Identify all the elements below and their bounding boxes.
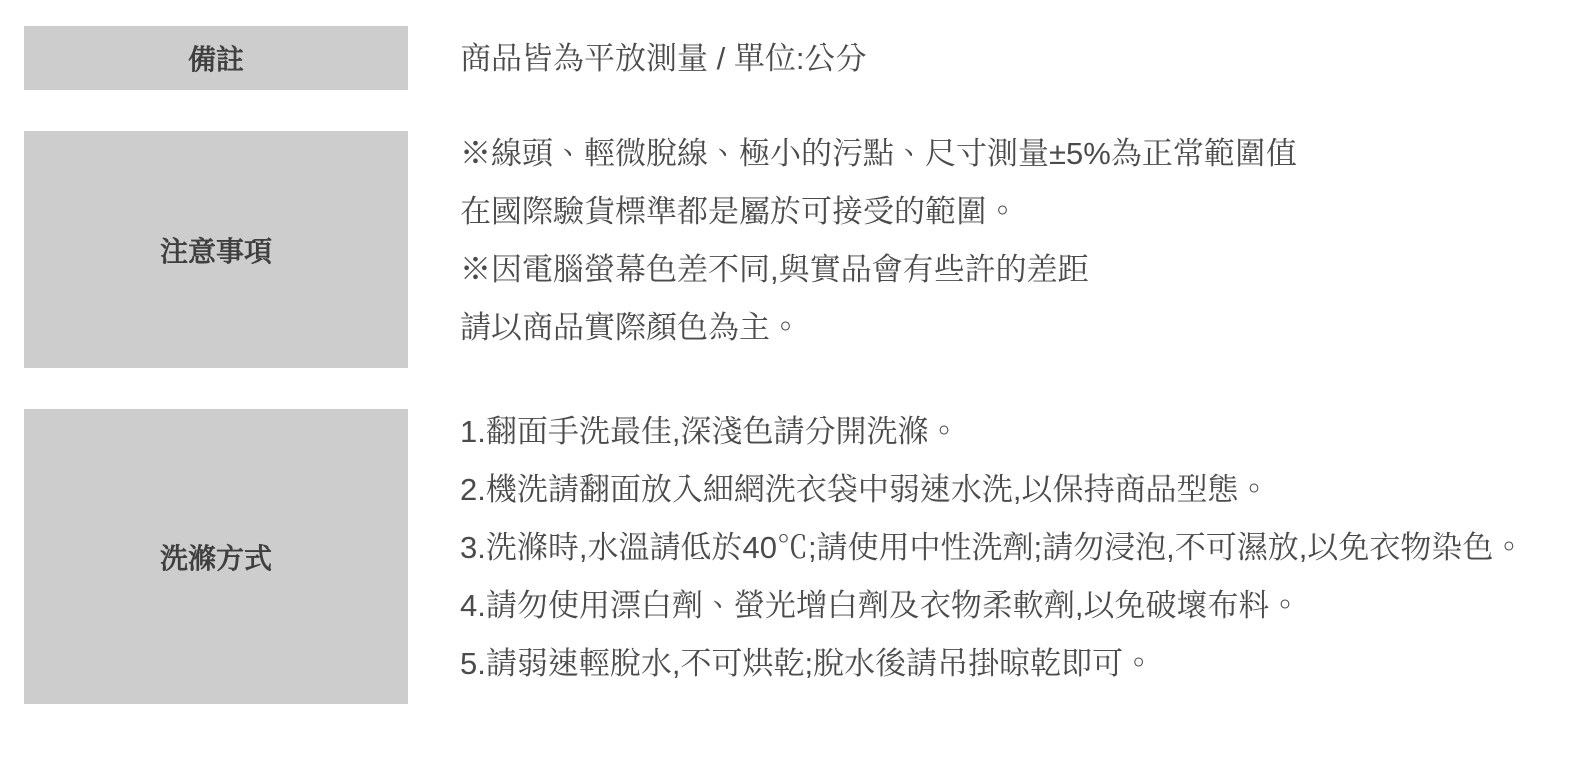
washing-step: 2.機洗請翻面放入細網洗衣袋中弱速水洗,以保持商品型態。	[460, 469, 1580, 510]
washing-label-box: 洗滌方式	[24, 409, 408, 704]
attention-line: 在國際驗貨標準都是屬於可接受的範圍。	[460, 191, 1580, 232]
attention-content: ※線頭、輕微脫線、極小的污點、尺寸測量±5%為正常範圍值 在國際驗貨標準都是屬於…	[460, 131, 1580, 368]
spec-row-washing: 洗滌方式 1.翻面手洗最佳,深淺色請分開洗滌。 2.機洗請翻面放入細網洗衣袋中弱…	[24, 409, 1596, 704]
spec-row-attention: 注意事項 ※線頭、輕微脫線、極小的污點、尺寸測量±5%為正常範圍值 在國際驗貨標…	[24, 131, 1596, 368]
note-content: 商品皆為平放測量 / 單位:公分	[460, 26, 1580, 90]
attention-line: 請以商品實際顏色為主。	[460, 307, 1580, 348]
washing-step: 3.洗滌時,水溫請低於40℃;請使用中性洗劑;請勿浸泡,不可濕放,以免衣物染色。	[460, 527, 1580, 568]
note-text: 商品皆為平放測量 / 單位:公分	[460, 38, 866, 79]
washing-step: 5.請弱速輕脫水,不可烘乾;脫水後請吊掛晾乾即可。	[460, 643, 1580, 684]
attention-label: 注意事項	[160, 230, 272, 270]
product-spec-table: 備註 商品皆為平放測量 / 單位:公分 注意事項 ※線頭、輕微脫線、極小的污點、…	[0, 0, 1596, 704]
attention-line: ※因電腦螢幕色差不同,與實品會有些許的差距	[460, 249, 1580, 290]
spec-row-note: 備註 商品皆為平放測量 / 單位:公分	[24, 26, 1596, 90]
attention-line: ※線頭、輕微脫線、極小的污點、尺寸測量±5%為正常範圍值	[460, 133, 1580, 174]
note-label: 備註	[188, 38, 244, 78]
washing-content: 1.翻面手洗最佳,深淺色請分開洗滌。 2.機洗請翻面放入細網洗衣袋中弱速水洗,以…	[460, 409, 1580, 704]
washing-step: 1.翻面手洗最佳,深淺色請分開洗滌。	[460, 411, 1580, 452]
attention-label-box: 注意事項	[24, 131, 408, 368]
washing-label: 洗滌方式	[160, 537, 272, 577]
note-label-box: 備註	[24, 26, 408, 90]
washing-step: 4.請勿使用漂白劑、螢光增白劑及衣物柔軟劑,以免破壞布料。	[460, 585, 1580, 626]
